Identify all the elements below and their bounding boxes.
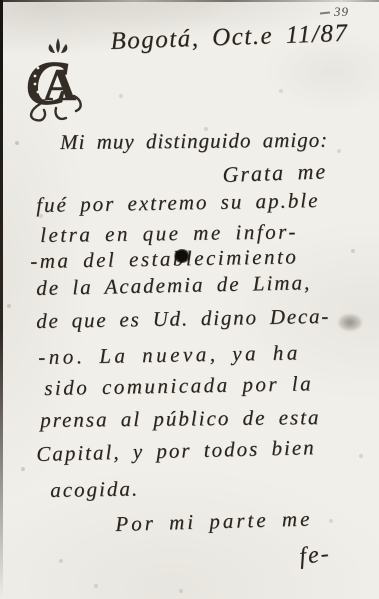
handwritten-line: Por mi parte me xyxy=(115,506,313,536)
handwritten-line: sido comunicada por la xyxy=(44,371,313,401)
letter-scan-page: 39 C A Bogotá, Oct.e 11/87 Mi muy distin… xyxy=(0,0,379,599)
dateline: Bogotá, Oct.e 11/87 xyxy=(110,20,349,56)
handwritten-line: Capital, y por todos bien xyxy=(36,435,316,467)
salutation-line: Mi muy distinguido amigo: xyxy=(60,128,328,155)
handwritten-line: de que es Ud. digno Deca- xyxy=(36,304,330,334)
handwritten-line: fué por extremo su ap.ble xyxy=(36,188,320,218)
handwritten-line: Grata me xyxy=(222,158,328,188)
scan-edge-top xyxy=(0,0,379,2)
handwritten-line: prensa al público de esta xyxy=(40,405,321,433)
handwritten-line: -ma del establecimiento xyxy=(30,244,299,274)
ink-blot xyxy=(174,249,190,263)
monogram-seal-icon: C A xyxy=(26,38,90,124)
folio-dash xyxy=(320,11,330,14)
handwritten-line: acogida. xyxy=(50,476,139,503)
ink-smudge xyxy=(338,314,362,331)
paper-speckles xyxy=(0,0,2,2)
catchword: fe- xyxy=(298,541,332,571)
handwritten-line: letra en que me infor- xyxy=(40,219,298,248)
svg-text:A: A xyxy=(43,59,76,110)
scan-edge-left xyxy=(0,0,3,599)
handwritten-line: de la Academia de Lima, xyxy=(36,270,311,301)
handwritten-line: -no. La nueva, ya ha xyxy=(38,340,301,370)
folio-number: 39 xyxy=(334,4,349,20)
